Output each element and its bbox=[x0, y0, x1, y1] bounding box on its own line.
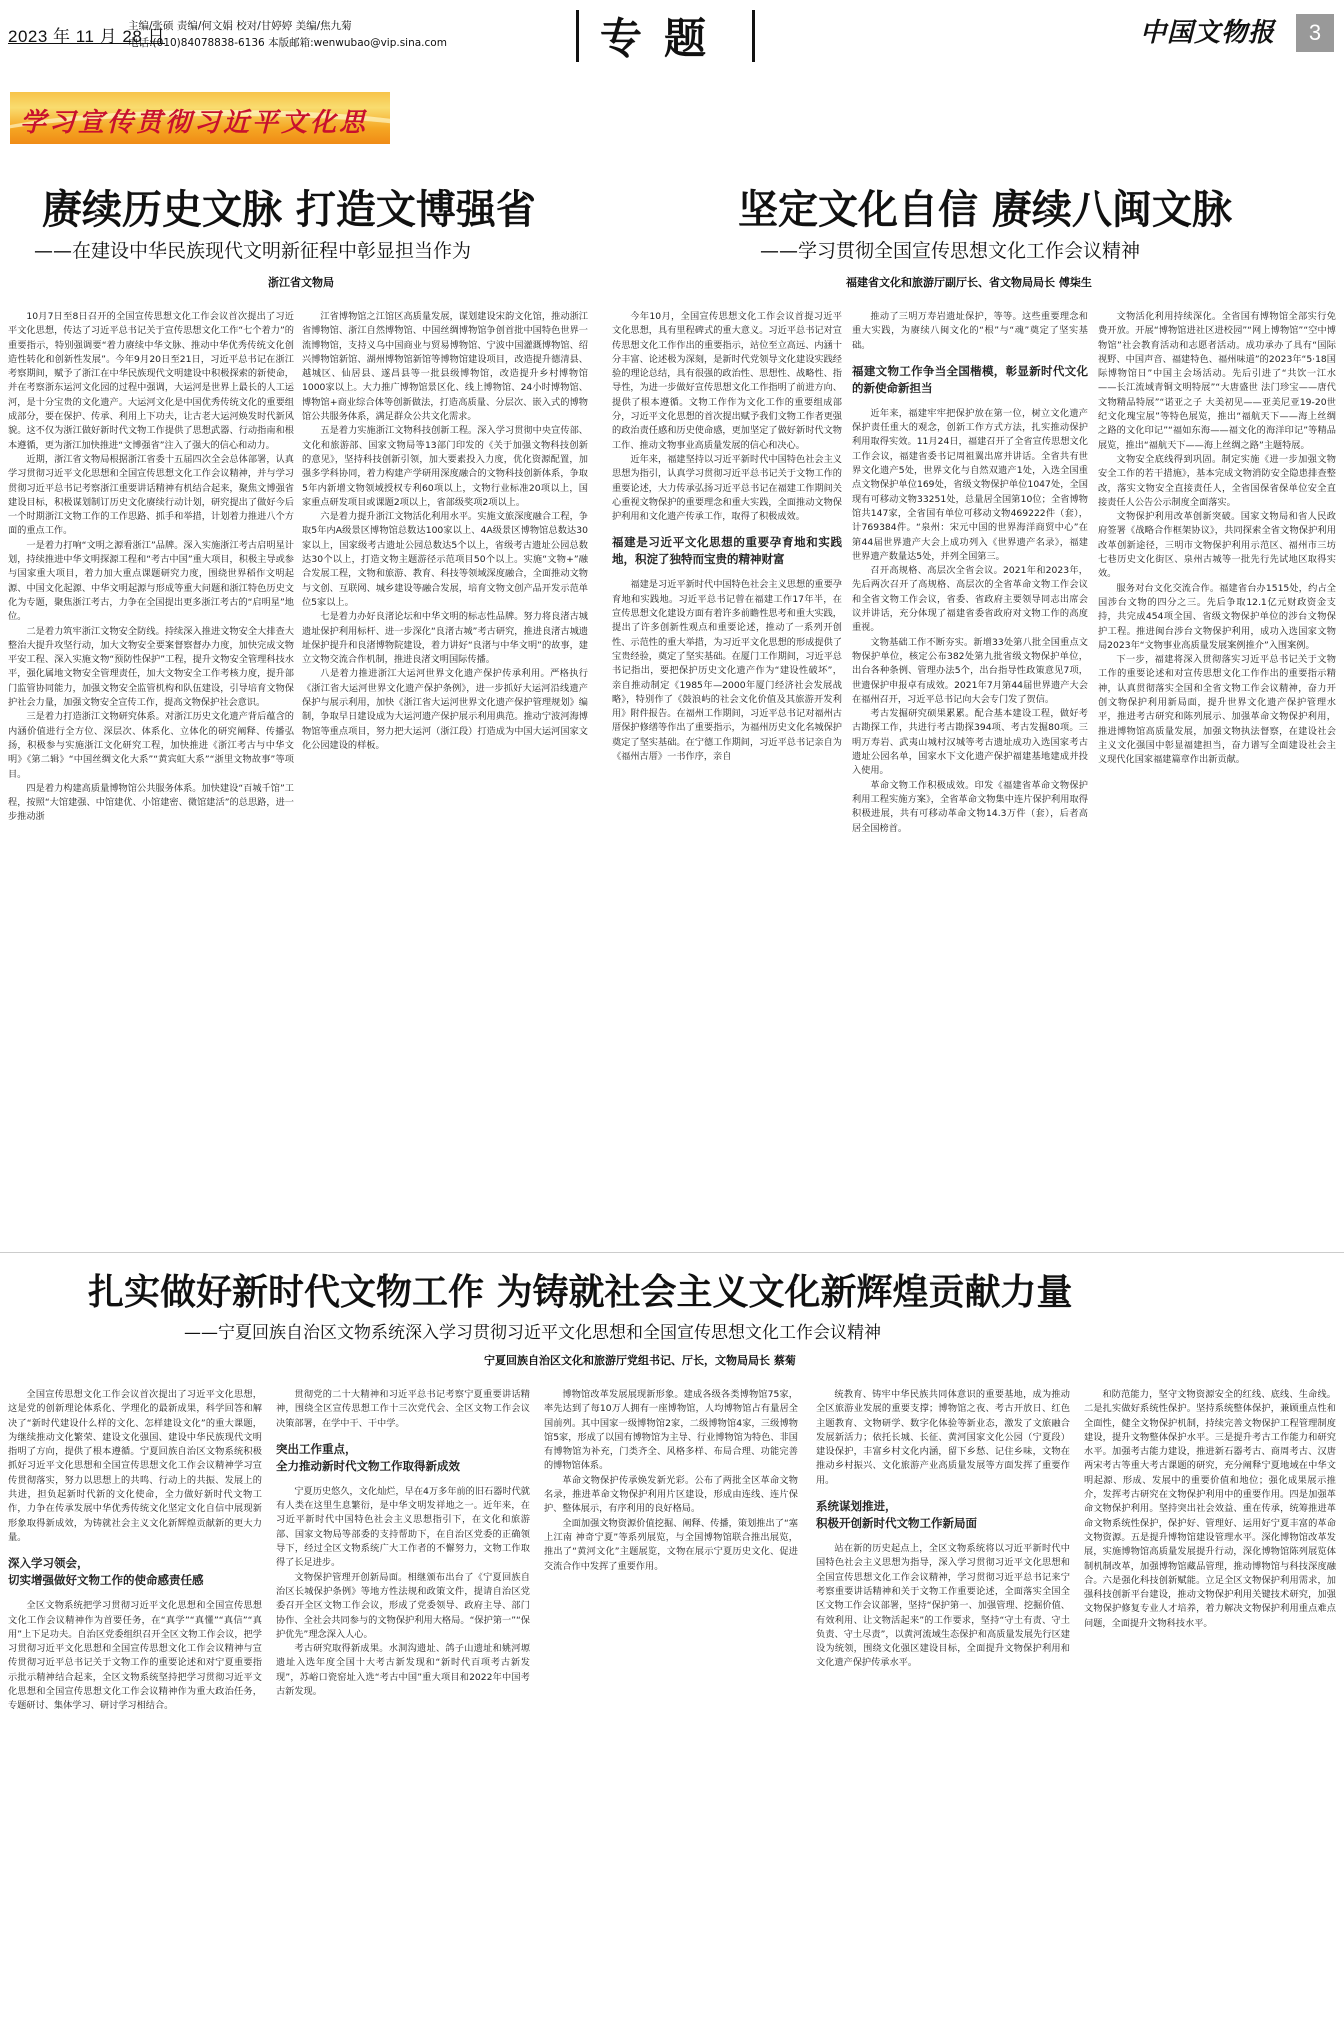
masthead: 2023 年 11 月 28 日 主编/张硕 责编/何文娟 校对/甘婷婷 美编/… bbox=[0, 0, 1344, 60]
section-subheading: 突出工作重点， 全力推动新时代文物工作取得新成效 bbox=[276, 1441, 530, 1475]
body-paragraph: 文物活化利用持续深化。全省国有博物馆全部实行免费开放。开展“博物馆进社区进校园”… bbox=[1098, 310, 1336, 453]
article-2-byline: 福建省文化和旅游厅副厅长、省文物局局长 傅柒生 bbox=[846, 274, 1092, 290]
article-3-subhead: ——宁夏回族自治区文物系统深入学习贯彻习近平文化思想和全国宣传思想文化工作会议精… bbox=[184, 1318, 881, 1343]
body-paragraph: 全国宣传思想文化工作会议首次提出了习近平文化思想，这是党的创新理论体系化、学理化… bbox=[8, 1388, 262, 1545]
body-paragraph: 站在新的历史起点上，全区文物系统将以习近平新时代中国特色社会主义思想为指导，深入… bbox=[816, 1542, 1070, 1671]
body-paragraph: 革命文物工作积极成效。印发《福建省革命文物保护利用工程实施方案》，全省革命文物集… bbox=[852, 779, 1088, 836]
body-paragraph: 推动了三明万寿岩遗址保护，等等。这些重要理念和重大实践，为赓续八闽文化的“根”与… bbox=[852, 310, 1088, 353]
body-paragraph: 博物馆改革发展展现新形象。建成各级各类博物馆75家，率先达到了每10万人拥有一座… bbox=[544, 1388, 798, 1474]
section-divider bbox=[0, 1252, 1344, 1253]
section-subheading: 系统谋划推进， 积极开创新时代文物工作新局面 bbox=[816, 1498, 1070, 1532]
body-paragraph: 七是着力办好良渚论坛和中华文明的标志性品牌。努力将良渚古城遗址保护利用标杆、进一… bbox=[302, 610, 588, 667]
body-paragraph: 近期，浙江省文物局根据浙江省委十五届四次全会总体部署，认真学习贯彻习近平文化思想… bbox=[8, 453, 294, 539]
body-paragraph: 五是着力实施浙江文物科技创新工程。深入学习贯彻中央宣传部、文化和旅游部、国家文物… bbox=[302, 424, 588, 510]
article-2-headline: 坚定文化自信 赓续八闽文脉 bbox=[738, 178, 1232, 235]
credits-contact: 电话:(010)84078838-6136 本版邮箱:wenwubao@vip.… bbox=[128, 35, 447, 52]
article-1-headline: 赓续历史文脉 打造文博强省 bbox=[42, 178, 536, 235]
body-paragraph: 文物保护利用改革创新突破。国家文物局和省人民政府签署《战略合作框架协议》，共同探… bbox=[1098, 510, 1336, 581]
body-paragraph: 考古发掘研究硕果累累。配合基本建设工程，做好考古勘探工作，共进行考古勘探394项… bbox=[852, 707, 1088, 778]
article-3-column-1: 全国宣传思想文化工作会议首次提出了习近平文化思想，这是党的创新理论体系化、学理化… bbox=[8, 1388, 262, 1988]
article-3-column-2: 贯彻党的二十大精神和习近平总书记考察宁夏重要讲话精神，围绕全区宣传思想工作十三次… bbox=[276, 1388, 530, 1988]
body-paragraph: 文物基础工作不断夯实。新增33处第八批全国重点文物保护单位，核定公布382处第九… bbox=[852, 636, 1088, 707]
body-paragraph: 三是着力打造浙江文物研究体系。对浙江历史文化遗产背后蕴含的内涵价值进行全方位、深… bbox=[8, 710, 294, 781]
newspaper-logo: 中国文物报 bbox=[1140, 12, 1275, 49]
body-paragraph: 近年来，福建坚持以习近平新时代中国特色社会主义思想为指引，认真学习贯彻习近平总书… bbox=[612, 453, 842, 524]
body-paragraph: 一是着力打响“文明之源看浙江”品牌。深入实施浙江考古启明星计划，持续推进中华文明… bbox=[8, 539, 294, 625]
article-2-column-1: 今年10月，全国宣传思想文化工作会议首提习近平文化思想，具有里程碑式的重大意义。… bbox=[612, 310, 842, 1200]
body-paragraph: 召开高规格、高层次全省会议。2021年和2023年，先后两次召开了高规格、高层次… bbox=[852, 564, 1088, 635]
body-paragraph: 今年10月，全国宣传思想文化工作会议首提习近平文化思想，具有里程碑式的重大意义。… bbox=[612, 310, 842, 453]
body-paragraph: 六是着力提升浙江文物活化利用水平。实施文旅深度融合工程，争取5年内A级景区博物馆… bbox=[302, 510, 588, 610]
body-paragraph: 近年来，福建牢牢把保护放在第一位，树立文化遗产保护责任重大的观念，创新工作方式方… bbox=[852, 407, 1088, 564]
section-title: 专题 bbox=[600, 6, 728, 66]
section-subheading: 福建是习近平文化思想的重要孕育地和实践地，积淀了独特而宝贵的精神财富 bbox=[612, 534, 842, 568]
body-paragraph: 全区文物系统把学习贯彻习近平文化思想和全国宣传思想文化工作会议精神作为首要任务，… bbox=[8, 1599, 262, 1713]
body-paragraph: 革命文物保护传承焕发新光彩。公布了两批全区革命文物名录，推进革命文物保护利用片区… bbox=[544, 1474, 798, 1517]
body-paragraph: 和防范能力，坚守文物资源安全的红线、底线、生命线。二是扎实做好系统性保护。坚持系… bbox=[1084, 1388, 1336, 1631]
body-paragraph: 贯彻党的二十大精神和习近平总书记考察宁夏重要讲话精神，围绕全区宣传思想工作十三次… bbox=[276, 1388, 530, 1431]
body-paragraph: 考古研究取得新成果。水洞沟遗址、鸽子山遗址和姚河塬遗址入选年度全国十大考古新发现… bbox=[276, 1642, 530, 1699]
article-2-column-2: 推动了三明万寿岩遗址保护，等等。这些重要理念和重大实践，为赓续八闽文化的“根”与… bbox=[852, 310, 1088, 1200]
banner-text: 学习宣传贯彻习近平文化思想 bbox=[20, 102, 390, 144]
body-paragraph: 二是着力筑牢浙江文物安全防线。持续深入推进文物安全大排查大整治大提升攻坚行动，加… bbox=[8, 625, 294, 711]
body-paragraph: 八是着力推进浙江大运河世界文化遗产保护传承利用。严格执行《浙江省大运河世界文化遗… bbox=[302, 667, 588, 753]
section-subheading: 深入学习领会， 切实增强做好文物工作的使命感责任感 bbox=[8, 1555, 262, 1589]
section-subheading: 福建文物工作争当全国楷模，彰显新时代文化的新使命新担当 bbox=[852, 363, 1088, 397]
body-paragraph: 江省博物馆之江馆区高质量发展，谋划建设宋韵文化馆，推动浙江省博物馆、浙江自然博物… bbox=[302, 310, 588, 424]
divider bbox=[576, 10, 579, 62]
body-paragraph: 服务对台文化交流合作。福建省台办1515处，约占全国涉台文物的四分之三。先后争取… bbox=[1098, 582, 1336, 653]
article-1-byline: 浙江省文物局 bbox=[268, 274, 334, 290]
editorial-credits: 主编/张硕 责编/何文娟 校对/甘婷婷 美编/焦九菊 电话:(010)84078… bbox=[128, 18, 447, 52]
body-paragraph: 宁夏历史悠久，文化灿烂，早在4万多年前的旧石器时代就有人类在这里生息繁衍，是中华… bbox=[276, 1485, 530, 1571]
body-paragraph: 福建是习近平新时代中国特色社会主义思想的重要孕育地和实践地。习近平总书记曾在福建… bbox=[612, 578, 842, 764]
body-paragraph: 10月7日至8日召开的全国宣传思想文化工作会议首次提出了习近平文化思想，传达了习… bbox=[8, 310, 294, 453]
page-number: 3 bbox=[1296, 14, 1334, 52]
article-1-column-1: 10月7日至8日召开的全国宣传思想文化工作会议首次提出了习近平文化思想，传达了习… bbox=[8, 310, 294, 1200]
article-3-column-4: 统教育、铸牢中华民族共同体意识的重要基地，成为推动全区旅游业发展的重要支撑；博物… bbox=[816, 1388, 1070, 1988]
body-paragraph: 四是着力构建高质量博物馆公共服务体系。加快建设“百城千馆”工程，按照“大馆建强、… bbox=[8, 782, 294, 825]
article-3-column-3: 博物馆改革发展展现新形象。建成各级各类博物馆75家，率先达到了每10万人拥有一座… bbox=[544, 1388, 798, 1988]
body-paragraph: 全面加强文物资源价值挖掘、阐释、传播，策划推出了“塞上江南 神奇宁夏”等系列展览… bbox=[544, 1517, 798, 1574]
article-1-subhead: ——在建设中华民族现代文明新征程中彰显担当作为 bbox=[34, 236, 471, 263]
body-paragraph: 文物保护管理开创新局面。相继颁布出台了《宁夏回族自治区长城保护条例》等地方性法规… bbox=[276, 1571, 530, 1642]
article-3-headline: 扎实做好新时代文物工作 为铸就社会主义文化新辉煌贡献力量 bbox=[88, 1264, 1073, 1315]
article-1-column-2: 江省博物馆之江馆区高质量发展，谋划建设宋韵文化馆，推动浙江省博物馆、浙江自然博物… bbox=[302, 310, 588, 1200]
article-2-column-3: 文物活化利用持续深化。全省国有博物馆全部实行免费开放。开展“博物馆进社区进校园”… bbox=[1098, 310, 1336, 1200]
article-2-subhead: ——学习贯彻全国宣传思想文化工作会议精神 bbox=[760, 236, 1140, 263]
column-banner: 学习宣传贯彻习近平文化思想 bbox=[10, 92, 390, 144]
divider bbox=[752, 10, 755, 62]
credits-editors: 主编/张硕 责编/何文娟 校对/甘婷婷 美编/焦九菊 bbox=[128, 18, 447, 35]
article-3-byline: 宁夏回族自治区文化和旅游厅党组书记、厅长，文物局局长 蔡菊 bbox=[484, 1352, 796, 1368]
body-paragraph: 文物安全底线得到巩固。制定实施《进一步加强文物安全工作的若干措施》，基本完成文物… bbox=[1098, 453, 1336, 510]
article-3-column-5: 和防范能力，坚守文物资源安全的红线、底线、生命线。二是扎实做好系统性保护。坚持系… bbox=[1084, 1388, 1336, 1988]
body-paragraph: 下一步，福建将深入贯彻落实习近平总书记关于文物工作的重要论述和对宣传思想文化工作… bbox=[1098, 653, 1336, 767]
body-paragraph: 统教育、铸牢中华民族共同体意识的重要基地，成为推动全区旅游业发展的重要支撑；博物… bbox=[816, 1388, 1070, 1488]
